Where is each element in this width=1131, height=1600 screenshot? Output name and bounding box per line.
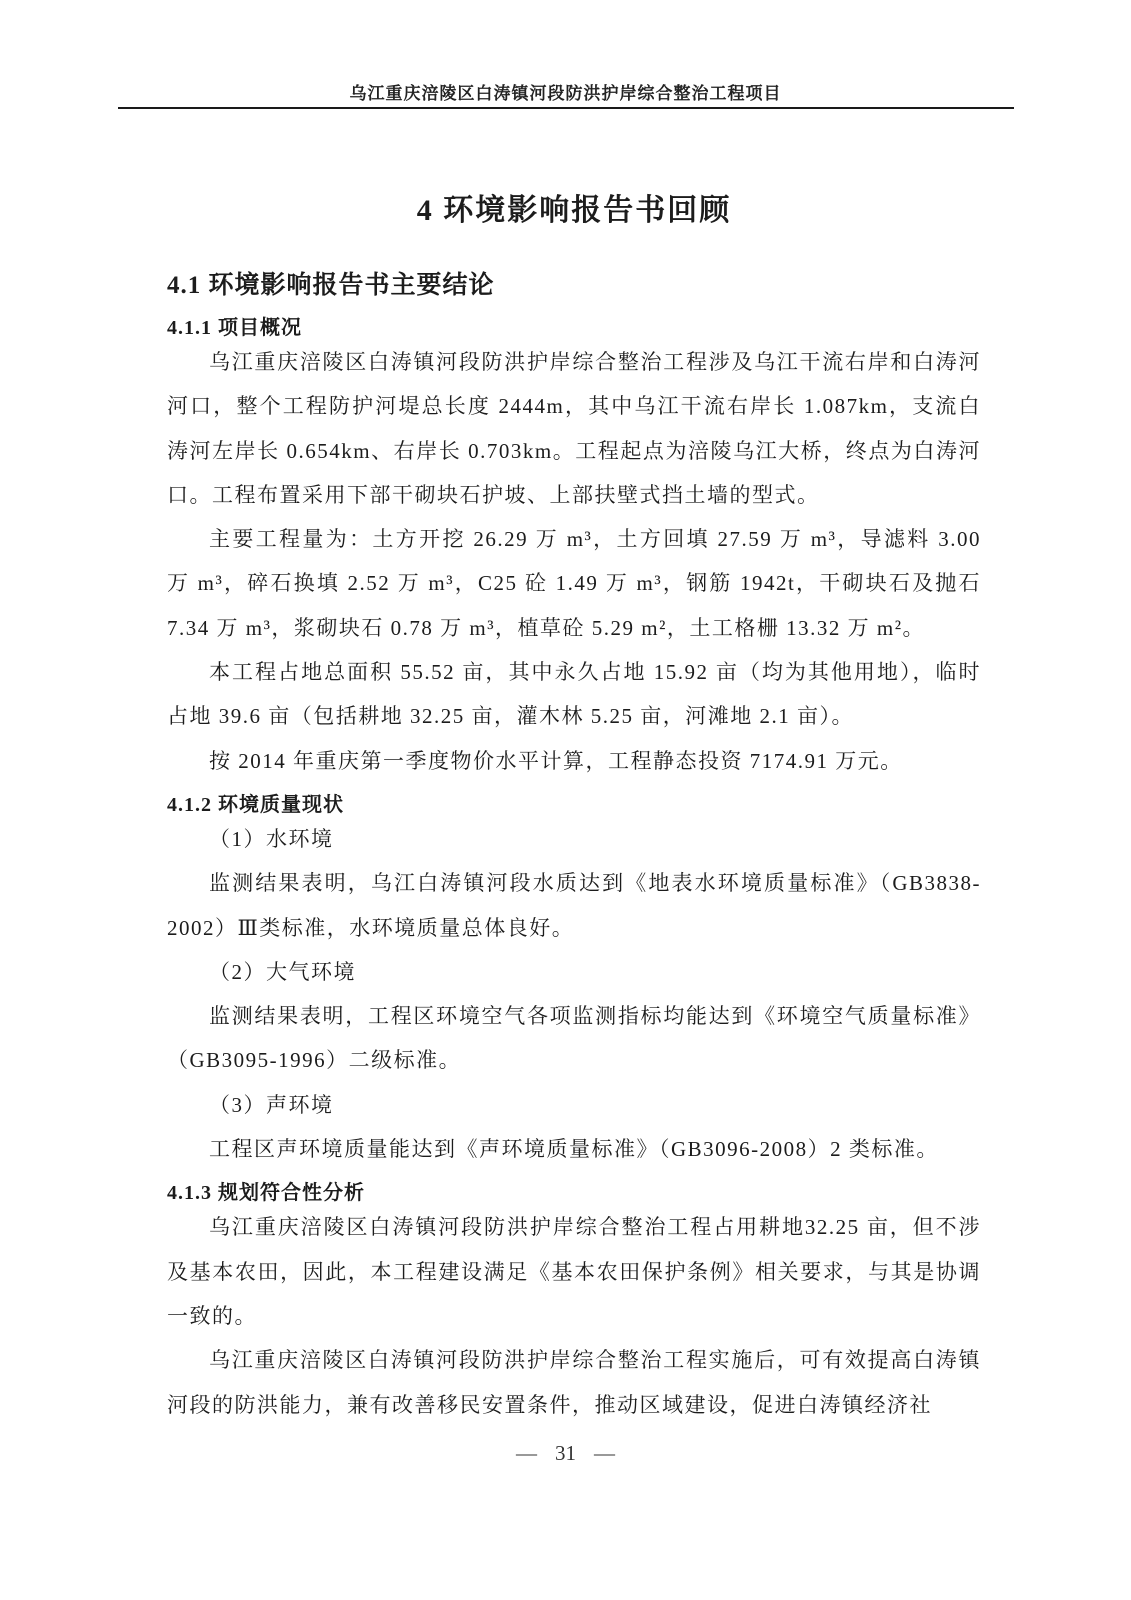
header-rule	[118, 107, 1014, 109]
section-4-1-heading: 4.1 环境影响报告书主要结论	[167, 270, 981, 302]
page-header: 乌江重庆涪陵区白涛镇河段防洪护岸综合整治工程项目	[0, 0, 1131, 109]
section-4-1-2-heading: 4.1.2 环境质量现状	[167, 793, 981, 817]
paragraph-water-environment: 监测结果表明，乌江白涛镇河段水质达到《地表水环境质量标准》（GB3838-200…	[167, 861, 981, 950]
list-item-air-environment-label: （2）大气环境	[167, 950, 981, 994]
paragraph-planning-compliance: 乌江重庆涪陵区白涛镇河段防洪护岸综合整治工程占用耕地32.25 亩，但不涉及基本…	[167, 1205, 981, 1338]
paragraph-main-quantities: 主要工程量为：土方开挖 26.29 万 m³，土方回填 27.59 万 m³，导…	[167, 517, 981, 650]
footer-dash-right: —	[594, 1441, 615, 1465]
page-number: 31	[555, 1441, 576, 1465]
paragraph-air-environment: 监测结果表明，工程区环境空气各项监测指标均能达到《环境空气质量标准》（GB309…	[167, 994, 981, 1083]
paragraph-investment: 按 2014 年重庆第一季度物价水平计算，工程静态投资 7174.91 万元。	[167, 739, 981, 783]
paragraph-acoustic-environment: 工程区声环境质量能达到《声环境质量标准》（GB3096-2008）2 类标准。	[167, 1127, 981, 1171]
paragraph-land-occupation: 本工程占地总面积 55.52 亩，其中永久占地 15.92 亩（均为其他用地），…	[167, 650, 981, 739]
page-content: 4 环境影响报告书回顾 4.1 环境影响报告书主要结论 4.1.1 项目概况 乌…	[167, 193, 981, 1427]
section-4-1-3-heading: 4.1.3 规划符合性分析	[167, 1181, 981, 1205]
section-4-1-1-heading: 4.1.1 项目概况	[167, 316, 981, 340]
footer-dash-left: —	[516, 1441, 537, 1465]
list-item-acoustic-environment-label: （3）声环境	[167, 1083, 981, 1127]
paragraph-project-overview: 乌江重庆涪陵区白涛镇河段防洪护岸综合整治工程涉及乌江干流右岸和白涛河河口，整个工…	[167, 340, 981, 517]
list-item-water-environment-label: （1）水环境	[167, 817, 981, 861]
chapter-title: 4 环境影响报告书回顾	[167, 193, 981, 229]
running-title: 乌江重庆涪陵区白涛镇河段防洪护岸综合整治工程项目	[0, 84, 1131, 104]
page-footer: —31—	[0, 1441, 1131, 1466]
document-page: 乌江重庆涪陵区白涛镇河段防洪护岸综合整治工程项目 4 环境影响报告书回顾 4.1…	[0, 0, 1131, 1600]
paragraph-project-benefits: 乌江重庆涪陵区白涛镇河段防洪护岸综合整治工程实施后，可有效提高白涛镇河段的防洪能…	[167, 1338, 981, 1427]
